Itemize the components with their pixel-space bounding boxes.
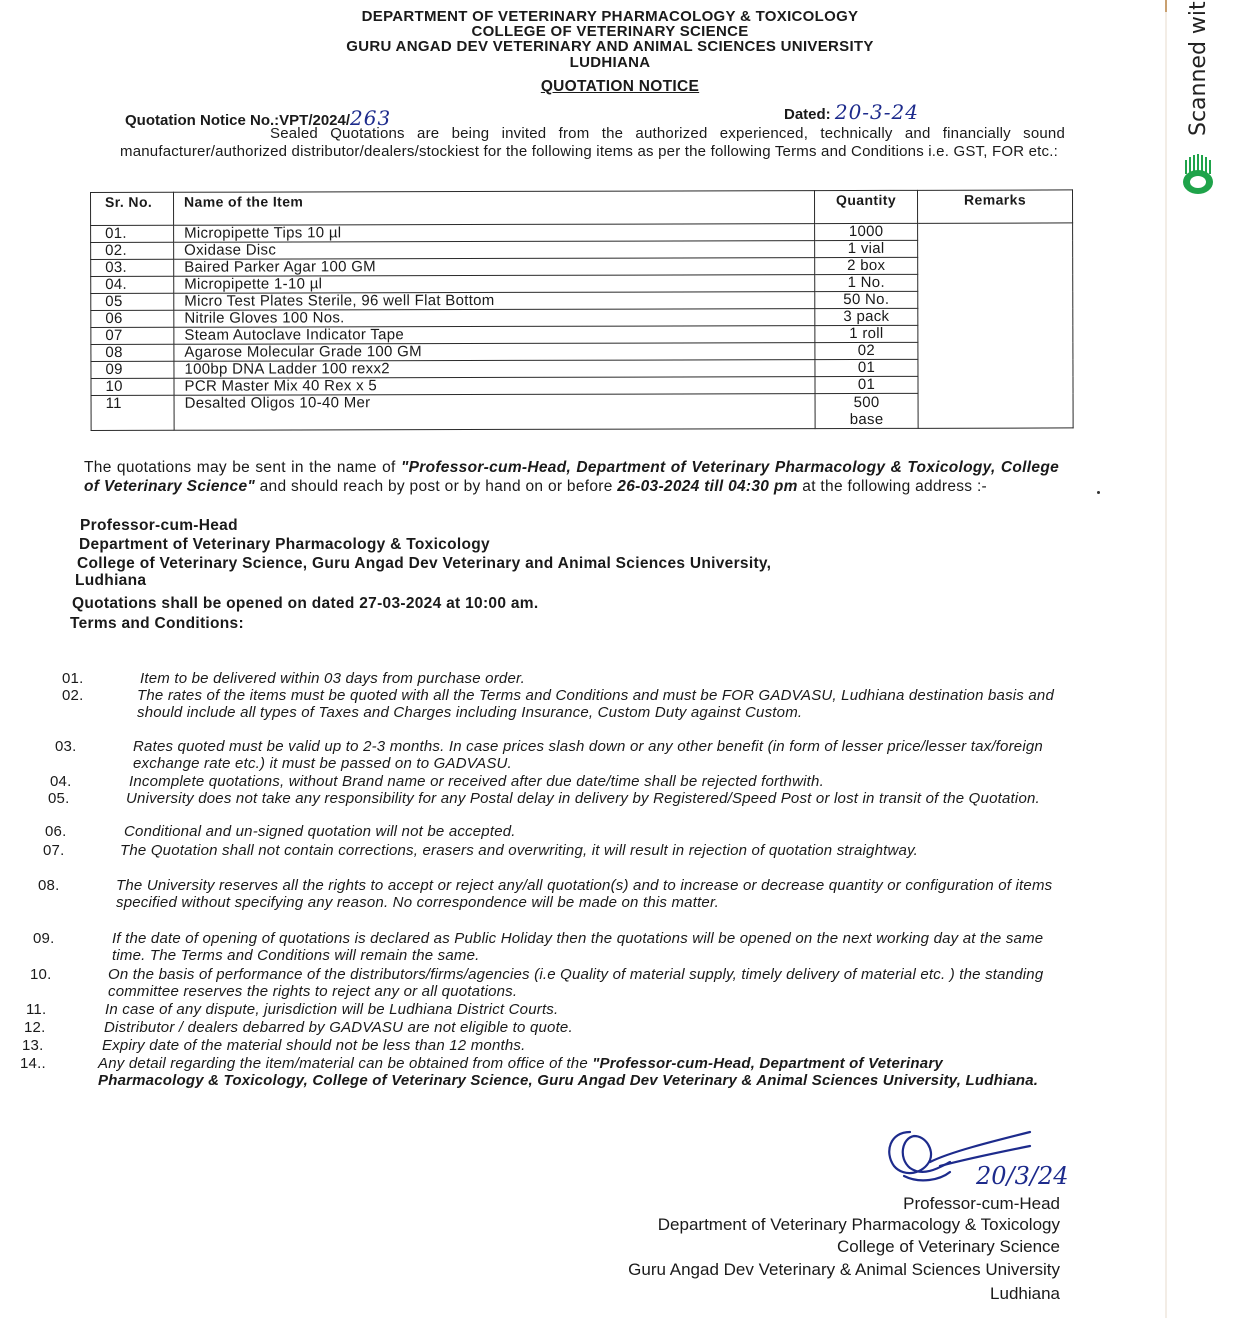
term-text-body: Incomplete quotations, without Brand nam… xyxy=(129,773,824,790)
term-text-body: If the date of opening of quotations is … xyxy=(112,930,1043,964)
term-text-body: On the basis of performance of the distr… xyxy=(108,966,1043,1000)
term-item: 10.On the basis of performance of the di… xyxy=(108,966,1053,1000)
term-text-body: The Quotation shall not contain correcti… xyxy=(120,842,918,859)
cell-quantity: 1 roll xyxy=(815,325,918,342)
term-text: University does not take any responsibil… xyxy=(126,790,1061,807)
term-item: 05.University does not take any responsi… xyxy=(126,790,1061,807)
cell-item-name: Agarose Molecular Grade 100 GM xyxy=(174,343,815,362)
term-item: 13.Expiry date of the material should no… xyxy=(102,1037,1047,1054)
header-university: GURU ANGAD DEV VETERINARY AND ANIMAL SCI… xyxy=(250,39,970,54)
notice-date-handwritten: 20-3-24 xyxy=(835,100,919,124)
opening-date: Quotations shall be opened on dated 27-0… xyxy=(72,595,538,613)
quotation-notice-page: DEPARTMENT OF VETERINARY PHARMACOLOGY & … xyxy=(0,0,1240,1318)
term-text: Incomplete quotations, without Brand nam… xyxy=(129,773,1064,790)
cell-sr-no: 07 xyxy=(91,327,174,344)
cell-item-name: Nitrile Gloves 100 Nos. xyxy=(174,309,815,328)
header-sr-no: Sr. No. xyxy=(91,192,174,225)
cell-item-name: Baired Parker Agar 100 GM xyxy=(174,258,815,277)
term-number: 04. xyxy=(50,773,71,790)
address-line-3: College of Veterinary Science, Guru Anga… xyxy=(77,555,771,573)
signatory-title: Professor-cum-Head xyxy=(903,1194,1060,1214)
cell-quantity: 01 xyxy=(815,359,918,376)
cell-item-name: Micropipette 1-10 µl xyxy=(174,275,815,294)
term-item: 08.The University reserves all the right… xyxy=(116,877,1061,911)
term-text-body: Rates quoted must be valid up to 2-3 mon… xyxy=(133,738,1043,772)
cell-item-name: 100bp DNA Ladder 100 rexx2 xyxy=(174,360,815,379)
address-line-1: Professor-cum-Head xyxy=(80,517,238,535)
cell-sr-no: 01. xyxy=(91,225,174,242)
table-header-row: Sr. No. Name of the Item Quantity Remark… xyxy=(91,190,1073,226)
term-text-body: Distributor / dealers debarred by GADVAS… xyxy=(104,1019,573,1036)
term-text: Item to be delivered within 03 days from… xyxy=(140,670,1060,687)
term-item: 12.Distributor / dealers debarred by GAD… xyxy=(104,1019,1049,1036)
term-number: 07. xyxy=(43,842,64,859)
cell-item-name: Micro Test Plates Sterile, 96 well Flat … xyxy=(174,292,815,311)
scanner-watermark-text: Scanned wit xyxy=(1186,1,1211,136)
term-number: 08. xyxy=(38,877,59,894)
term-number: 14.. xyxy=(20,1055,46,1072)
term-item: 11.In case of any dispute, jurisdiction … xyxy=(105,1001,1050,1018)
term-text-body: The rates of the items must be quoted wi… xyxy=(137,687,1054,721)
header-college: COLLEGE OF VETERINARY SCIENCE xyxy=(250,24,970,39)
intro-text: Sealed Quotations are being invited from… xyxy=(120,125,1065,160)
term-text: On the basis of performance of the distr… xyxy=(108,966,1053,1000)
header-department: DEPARTMENT OF VETERINARY PHARMACOLOGY & … xyxy=(250,9,970,24)
signatory-department: Department of Veterinary Pharmacology & … xyxy=(658,1215,1060,1235)
term-item: 09.If the date of opening of quotations … xyxy=(112,930,1057,964)
cell-sr-no: 02. xyxy=(91,242,174,259)
term-number: 06. xyxy=(45,823,66,840)
term-item: 03.Rates quoted must be valid up to 2-3 … xyxy=(133,738,1058,772)
notice-date: Dated: 20-3-24 xyxy=(784,100,919,124)
term-number: 02. xyxy=(62,687,83,704)
cell-item-name: Micropipette Tips 10 µl xyxy=(174,224,815,243)
cell-sr-no: 05 xyxy=(91,293,174,310)
term-item: 06.Conditional and un-signed quotation w… xyxy=(124,823,1059,840)
term-text: Any detail regarding the item/material c… xyxy=(98,1055,1053,1089)
address-line-4: Ludhiana xyxy=(75,572,146,590)
term-text: The University reserves all the rights t… xyxy=(116,877,1061,911)
submission-paragraph: The quotations may be sent in the name o… xyxy=(84,459,1059,496)
term-text: Expiry date of the material should not b… xyxy=(102,1037,1047,1054)
submission-text: The quotations may be sent in the name o… xyxy=(84,459,401,476)
term-text-body: In case of any dispute, jurisdiction wil… xyxy=(105,1001,558,1018)
header-quantity: Quantity xyxy=(814,190,917,223)
cell-sr-no: 06 xyxy=(91,310,174,327)
cell-item-name: Oxidase Disc xyxy=(174,241,815,260)
term-text-body: Expiry date of the material should not b… xyxy=(102,1037,525,1054)
term-number: 11. xyxy=(26,1001,46,1018)
cell-quantity: 02 xyxy=(815,342,918,359)
notice-date-label: Dated: xyxy=(784,106,831,123)
term-text-body: University does not take any responsibil… xyxy=(126,790,1040,807)
intro-paragraph: Sealed Quotations are being invited from… xyxy=(120,125,1065,160)
term-text: Conditional and un-signed quotation will… xyxy=(124,823,1059,840)
cell-remarks xyxy=(918,223,1074,428)
term-text: If the date of opening of quotations is … xyxy=(112,930,1057,964)
cell-item-name: Steam Autoclave Indicator Tape xyxy=(174,326,815,345)
cell-sr-no: 03. xyxy=(91,259,174,276)
submission-text: at the following address :- xyxy=(798,478,987,495)
signature-icon: 20/3/24 xyxy=(880,1122,1100,1202)
cell-quantity: 1 No. xyxy=(815,274,918,291)
signatory-city: Ludhiana xyxy=(990,1284,1060,1304)
term-number: 09. xyxy=(33,930,54,947)
cell-quantity: 3 pack xyxy=(815,308,918,325)
signatory-university: Guru Angad Dev Veterinary & Animal Scien… xyxy=(628,1260,1060,1280)
items-table: Sr. No. Name of the Item Quantity Remark… xyxy=(90,189,1074,431)
term-item: 04.Incomplete quotations, without Brand … xyxy=(129,773,1064,790)
term-number: 01. xyxy=(62,670,83,687)
cell-quantity: 1000 xyxy=(815,223,918,240)
cell-sr-no: 04. xyxy=(91,276,174,293)
term-item: 02.The rates of the items must be quoted… xyxy=(137,687,1062,721)
cell-quantity: 1 vial xyxy=(815,240,918,257)
address-line-2: Department of Veterinary Pharmacology & … xyxy=(79,536,490,554)
term-number: 13. xyxy=(22,1037,43,1054)
signatory-college: College of Veterinary Science xyxy=(837,1237,1060,1257)
term-text-body: Conditional and un-signed quotation will… xyxy=(124,823,516,840)
cell-sr-no: 08 xyxy=(91,344,174,361)
term-text-body: Any detail regarding the item/material c… xyxy=(98,1055,592,1072)
cell-sr-no: 10 xyxy=(91,378,174,395)
submission-text: and should reach by post or by hand on o… xyxy=(255,478,617,495)
term-text: Distributor / dealers debarred by GADVAS… xyxy=(104,1019,1049,1036)
cell-sr-no: 09 xyxy=(91,361,174,378)
cell-sr-no: 11 xyxy=(91,395,174,430)
term-item: 07.The Quotation shall not contain corre… xyxy=(120,842,1055,859)
scanner-app-logo-icon xyxy=(1178,150,1218,196)
document-title: QUOTATION NOTICE xyxy=(250,78,990,96)
signature-date: 20/3/24 xyxy=(975,1162,1069,1190)
term-item: 01.Item to be delivered within 03 days f… xyxy=(140,670,1060,687)
stray-mark xyxy=(1097,491,1100,494)
table-row: 01.Micropipette Tips 10 µl1000 xyxy=(91,223,1073,243)
cell-item-name: PCR Master Mix 40 Rex x 5 xyxy=(174,377,815,396)
cell-item-name: Desalted Oligos 10-40 Mer xyxy=(174,394,815,431)
cell-quantity: 01 xyxy=(815,376,918,393)
scan-edge xyxy=(1165,0,1167,1318)
term-text: In case of any dispute, jurisdiction wil… xyxy=(105,1001,1050,1018)
term-number: 10. xyxy=(30,966,51,983)
cell-quantity: 2 box xyxy=(815,257,918,274)
cell-quantity: 50 No. xyxy=(815,291,918,308)
header-item-name: Name of the Item xyxy=(174,191,815,226)
header-remarks: Remarks xyxy=(917,190,1072,223)
submission-deadline: 26-03-2024 till 04:30 pm xyxy=(617,478,797,495)
term-text: The Quotation shall not contain correcti… xyxy=(120,842,1055,859)
term-text-body: The University reserves all the rights t… xyxy=(116,877,1052,911)
term-number: 05. xyxy=(48,790,69,807)
header-city: LUDHIANA xyxy=(250,55,970,70)
term-item: 14..Any detail regarding the item/materi… xyxy=(98,1055,1053,1089)
term-text-body: Item to be delivered within 03 days from… xyxy=(140,670,525,687)
term-text: The rates of the items must be quoted wi… xyxy=(137,687,1062,721)
term-number: 12. xyxy=(24,1019,45,1036)
term-number: 03. xyxy=(55,738,76,755)
terms-heading: Terms and Conditions: xyxy=(70,615,244,633)
cell-quantity: 500 base xyxy=(815,393,918,428)
term-text: Rates quoted must be valid up to 2-3 mon… xyxy=(133,738,1058,772)
